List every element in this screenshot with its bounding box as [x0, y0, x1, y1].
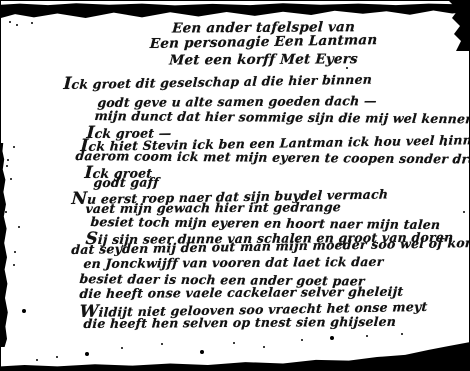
- manuscript-page: Een ander tafelspel van Een personagie E…: [0, 0, 470, 371]
- scan-artifact-top-edge: [1, 3, 470, 18]
- title-line-3: Met een korff Met Eyers: [93, 51, 434, 69]
- manuscript-line: Ick groet dit geselschap al die hier bin…: [63, 68, 373, 93]
- scan-artifact-bottom-edge: [1, 334, 470, 370]
- manuscript-line: en Jonckwijff van vooren dat laet ick da…: [83, 254, 384, 271]
- manuscript-line: die heeft hen selven op tnest sien ghijs…: [83, 314, 397, 331]
- scan-artifact-left-edge: [1, 143, 9, 347]
- ink-speckles: [1, 1, 3, 3]
